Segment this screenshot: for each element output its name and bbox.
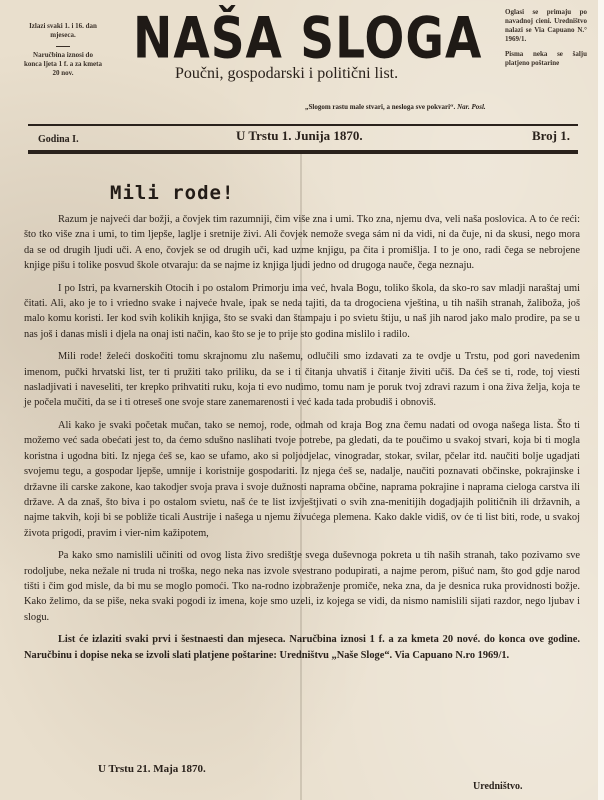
ads-info: Oglasi se primaju po navadnoj cieni. Ure… xyxy=(505,8,587,44)
scan-border xyxy=(598,0,604,800)
issue-number: Broj 1. xyxy=(532,128,570,144)
publication-schedule: Izlazi svaki 1. i 16. dan mjeseca. xyxy=(24,22,102,40)
motto-source: Nar. Posl. xyxy=(457,103,486,111)
signature: Uredništvo. xyxy=(473,781,523,792)
newspaper-title: NAŠA SLOGA xyxy=(133,10,453,69)
paragraph-subscription: List će izlaziti svaki prvi i šestnaesti… xyxy=(24,632,580,663)
thick-rule xyxy=(28,150,578,154)
newspaper-subtitle: Poučni, gospodarski i politični list. xyxy=(175,65,398,83)
newspaper-page: Izlazi svaki 1. i 16. dan mjeseca. Naruč… xyxy=(0,0,600,800)
letters-info: Pisma neka se šalju platjeno poštarine xyxy=(505,50,587,68)
paragraph: Razum je najveći dar božji, a čovjek tim… xyxy=(24,212,580,274)
paragraph: Mili rode! želeći doskočiti tomu skrajno… xyxy=(24,349,580,411)
motto: „Slogom rastu male stvari, a nesloga sve… xyxy=(305,103,486,111)
volume-label: Godina I. xyxy=(38,134,79,145)
issue-info-row: Godina I. U Trstu 1. Junija 1870. Broj 1… xyxy=(38,128,578,148)
paragraph: I po Istri, pa kvarnerskih Otocih i po o… xyxy=(24,281,580,343)
subscription-price: Naručbina iznosi do konca ljeta 1 f. a z… xyxy=(24,51,102,78)
divider xyxy=(56,46,70,47)
issue-date: U Trstu 1. Junija 1870. xyxy=(236,128,363,144)
closing-date: U Trstu 21. Maja 1870. xyxy=(98,763,206,775)
motto-text: „Slogom rastu male stvari, a nesloga sve… xyxy=(305,103,455,111)
advertising-note: Oglasi se primaju po navadnoj cieni. Ure… xyxy=(505,8,587,68)
subscription-note: Izlazi svaki 1. i 16. dan mjeseca. Naruč… xyxy=(24,22,102,78)
article-body: Razum je najveći dar božji, a čovjek tim… xyxy=(24,212,580,670)
paragraph: Ali kako je svaki početak mučan, tako se… xyxy=(24,418,580,541)
top-rule xyxy=(28,124,578,126)
article-heading: Mili rode! xyxy=(110,182,234,204)
paragraph: Pa kako smo namislili učiniti od ovog li… xyxy=(24,548,580,625)
